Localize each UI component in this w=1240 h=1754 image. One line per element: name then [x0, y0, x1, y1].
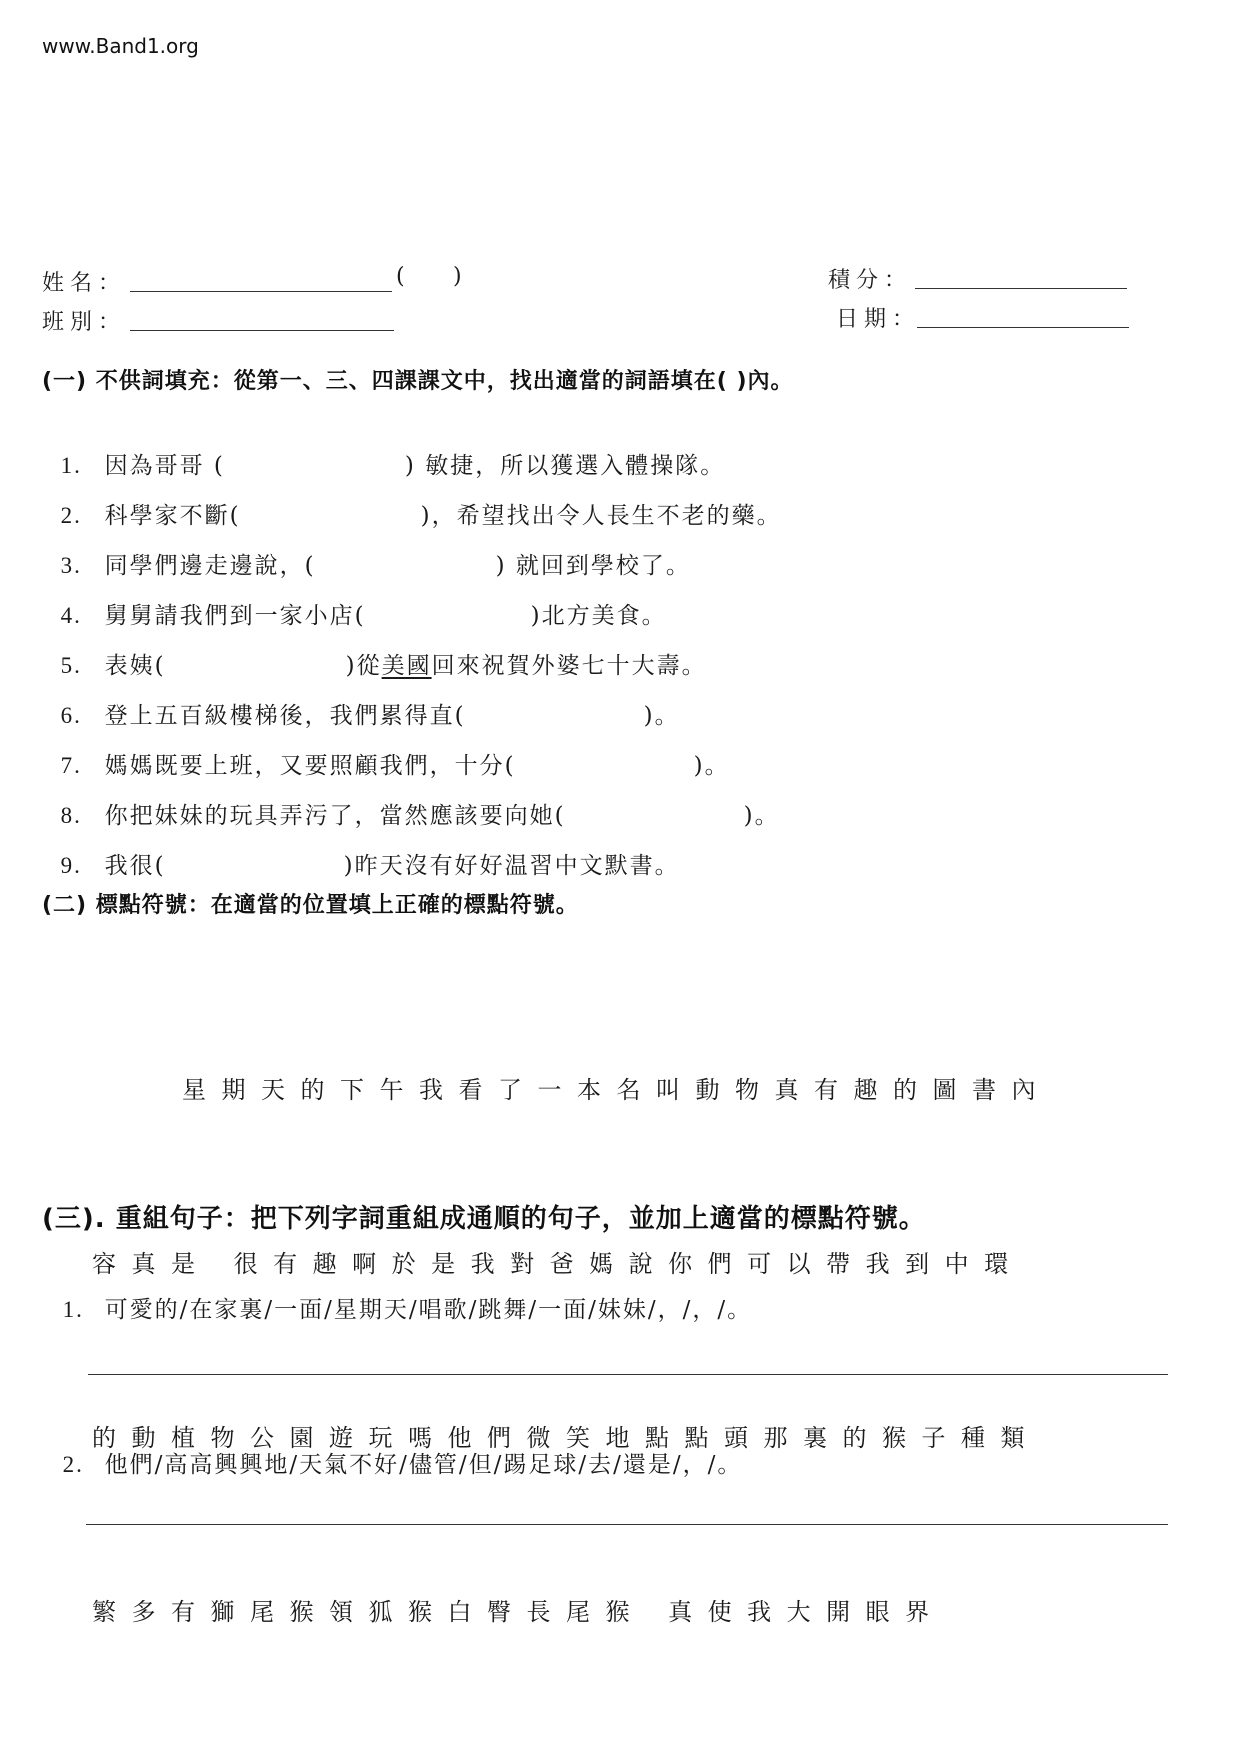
reorder-question-1: 1.可愛的/在家裏/一面/星期天/唱歌/跳舞/一面/妹妹/，/，/。 — [44, 1265, 752, 1324]
section1-title: (一) 不供詞填充：從第一、三、四課課文中，找出適當的詞語填在( )內。 — [42, 364, 794, 395]
score-field[interactable] — [915, 288, 1127, 289]
site-url: www.Band1.org — [42, 34, 199, 58]
class-number-field[interactable] — [410, 270, 450, 294]
passage-line-4: 繁多有獅尾猴領狐猴白臀長尾猴 真使我大開眼界 — [92, 1583, 1152, 1641]
date-label: 日期： — [836, 302, 920, 333]
question-number: 2. — [63, 1452, 105, 1478]
date-field[interactable] — [917, 327, 1129, 328]
name-field[interactable] — [130, 291, 392, 292]
answer-line-1[interactable] — [88, 1374, 1168, 1375]
class-label: 班別： — [42, 305, 126, 336]
question-text-after: )。 — [744, 803, 780, 829]
question-text-after: )昨天沒有好好温習中文默書。 — [344, 853, 680, 879]
class-field[interactable] — [130, 330, 394, 331]
question-number: 9. — [61, 853, 105, 879]
question-text-before: 我很( — [105, 853, 166, 879]
question-number: 1. — [63, 1297, 105, 1323]
class-number-close: ) — [453, 264, 462, 289]
reorder-words: 他們/高高興興地/天氣不好/儘管/但/踢足球/去/還是/，/。 — [105, 1452, 743, 1478]
fill-question-9: 9.我很()昨天沒有好好温習中文默書。 — [42, 821, 680, 880]
section2-title: (二) 標點符號：在適當的位置填上正確的標點符號。 — [42, 888, 579, 919]
answer-line-2[interactable] — [86, 1524, 1168, 1525]
score-label: 積分： — [828, 263, 912, 294]
passage-line-1: 星期天的下午我看了一本名叫動物真有趣的圖書內 — [92, 1061, 1152, 1119]
reorder-words: 可愛的/在家裏/一面/星期天/唱歌/跳舞/一面/妹妹/，/，/。 — [105, 1297, 753, 1323]
name-label: 姓名： — [42, 266, 126, 297]
section3-title: (三). 重組句子：把下列字詞重組成通順的句子，並加上適當的標點符號。 — [42, 1198, 926, 1235]
reorder-question-2: 2.他們/高高興興地/天氣不好/儘管/但/踢足球/去/還是/，/。 — [44, 1420, 742, 1479]
class-number-open: ( — [396, 264, 405, 289]
